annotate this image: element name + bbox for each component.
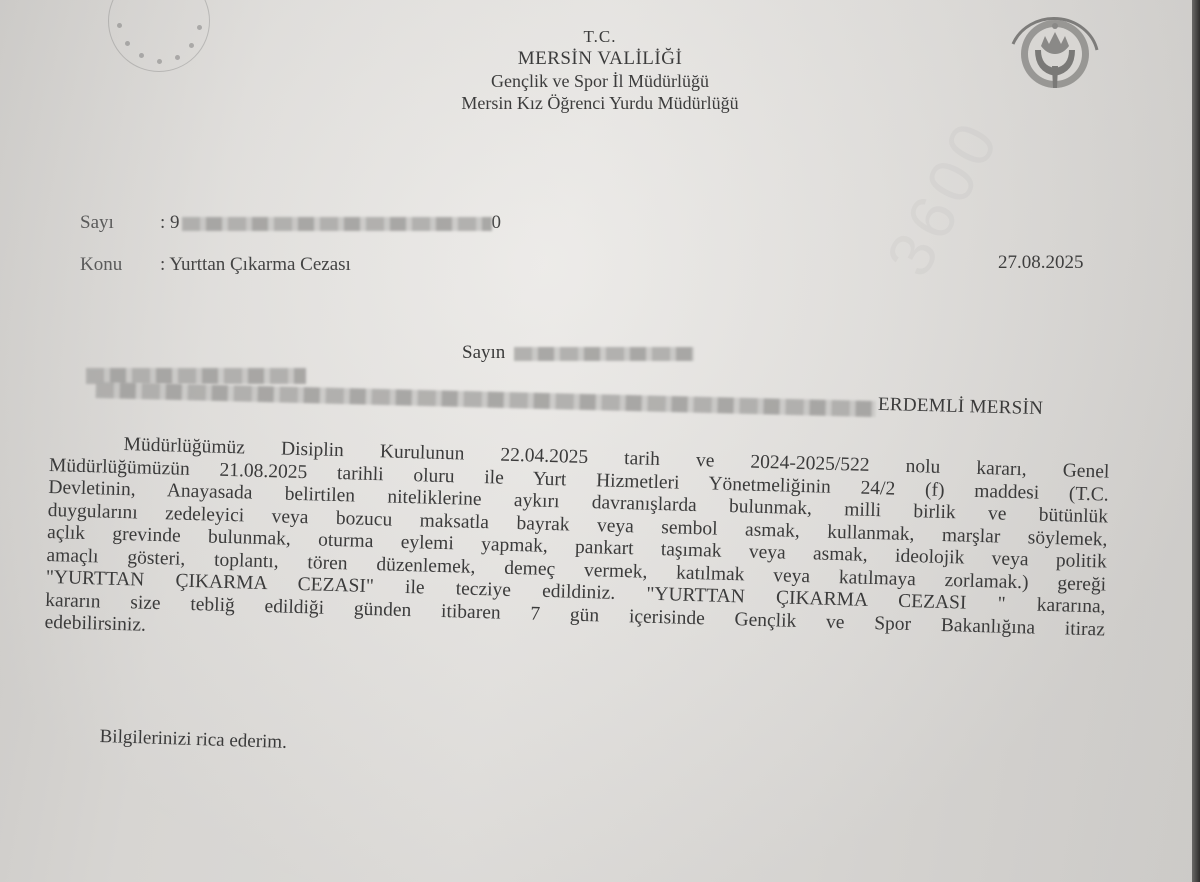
konu-row: Konu: Yurttan Çıkarma Cezası [80,254,351,276]
governorship-title: MERSİN VALİLİĞİ [380,48,820,70]
sayi-prefix: : 9 [160,212,180,233]
dormitory-title: Mersin Kız Öğrenci Yurdu Müdürlüğü [380,92,820,114]
recipient-city: ERDEMLİ MERSİN [878,394,1044,420]
redacted-name [514,347,694,361]
konu-value: : Yurttan Çıkarma Cezası [160,254,351,275]
letterhead: T.C. MERSİN VALİLİĞİ Gençlik ve Spor İl … [380,26,820,114]
sayi-row: Sayı: 90 [80,212,501,234]
salutation: Sayın [462,342,694,364]
watermark: 3600 [871,106,1014,288]
sayi-suffix: 0 [492,212,502,233]
directorate-title: Gençlik ve Spor İl Müdürlüğü [380,70,820,92]
sayi-label: Sayı [80,212,160,234]
tc-label: T.C. [380,26,820,48]
recipient-address: ERDEMLİ MERSİN [86,368,1096,418]
letter-body: Müdürlüğümüz Disiplin Kurulunun 22.04.20… [44,432,1109,664]
redacted-number [182,217,492,231]
document-page: 3600 T.C. MERSİN VALİLİĞİ Gençlik ve Spo… [0,0,1200,882]
youth-sports-emblem-icon [1005,6,1105,96]
ministry-seal-icon [108,0,210,72]
closing-text: Bilgilerinizi rica ederim. [99,726,287,754]
redacted-address-line-2 [96,382,876,417]
document-date: 27.08.2025 [998,252,1084,274]
salutation-label: Sayın [462,342,505,363]
konu-label: Konu [80,254,160,276]
